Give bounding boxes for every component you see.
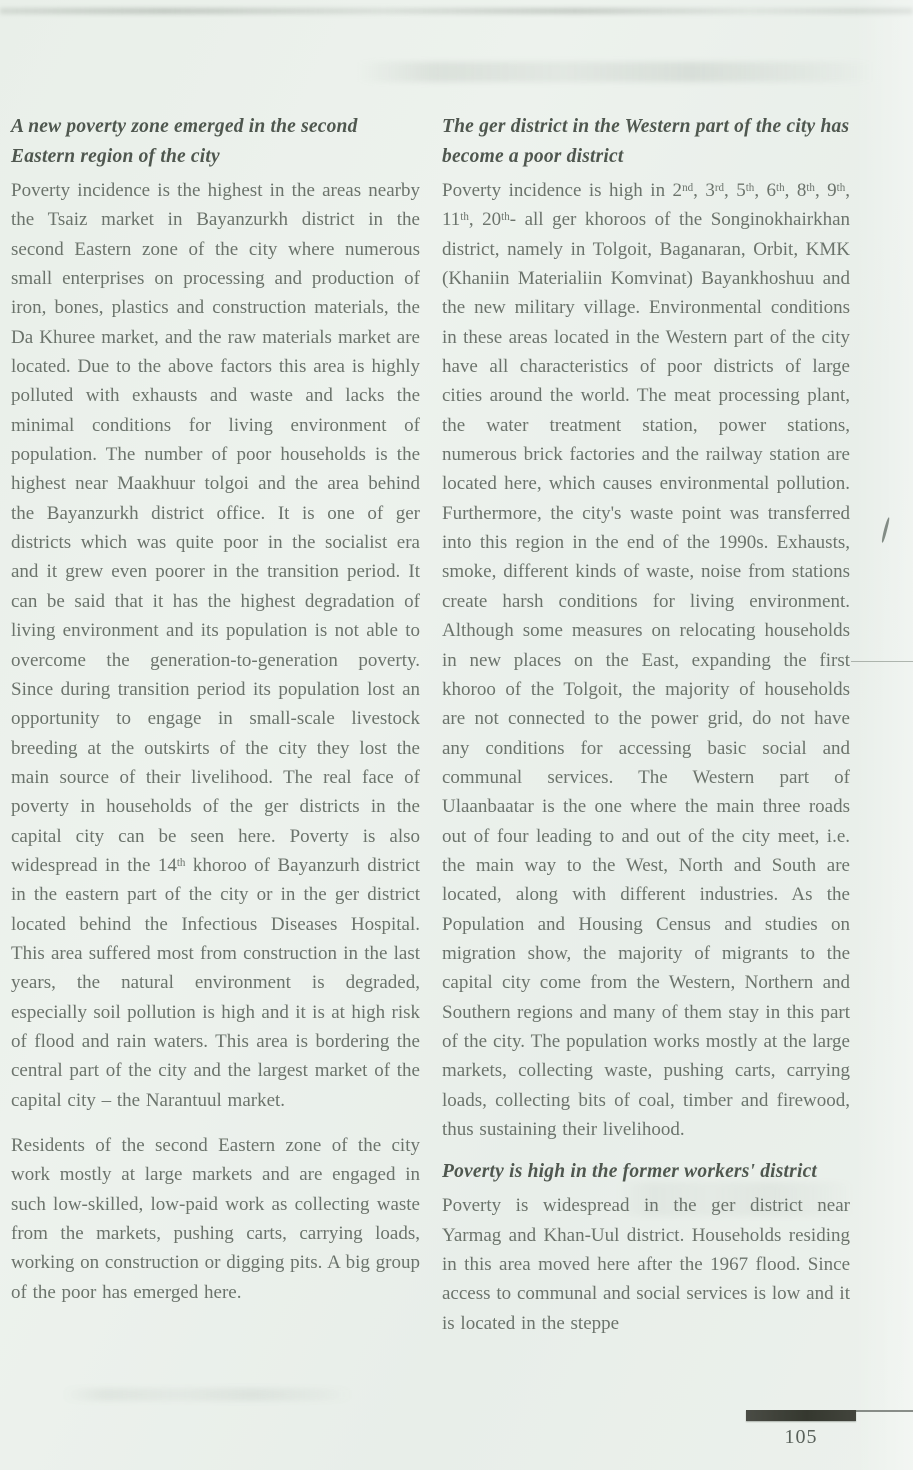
scan-top-edge-shadow	[0, 8, 913, 14]
left-text-column: A new poverty zone emerged in the second…	[11, 112, 420, 1307]
scanned-document-page: A new poverty zone emerged in the second…	[0, 0, 913, 1470]
scan-faint-rule	[851, 661, 913, 662]
left-column-heading: A new poverty zone emerged in the second…	[11, 112, 420, 172]
right-column-heading-2: Poverty is high in the former workers' d…	[442, 1157, 850, 1187]
left-column-paragraph-1: Poverty incidence is the highest in the …	[11, 176, 420, 1115]
bleed-through-smudge-bottom-left	[62, 1388, 354, 1401]
page-right-margin	[855, 0, 913, 1470]
footer-rule	[851, 1410, 913, 1412]
page-number: 105	[746, 1426, 856, 1449]
right-column-paragraph-1: Poverty incidence is high in 2nd, 3rd, 5…	[442, 176, 850, 1144]
right-column-paragraph-2: Poverty is widespread in the ger distric…	[442, 1191, 850, 1338]
bleed-through-smudge-top	[358, 62, 874, 82]
right-column-heading-1: The ger district in the Western part of …	[442, 112, 850, 172]
left-column-paragraph-2: Residents of the second Eastern zone of …	[11, 1131, 420, 1307]
right-text-column: The ger district in the Western part of …	[442, 112, 850, 1338]
footer-bar	[746, 1410, 856, 1421]
